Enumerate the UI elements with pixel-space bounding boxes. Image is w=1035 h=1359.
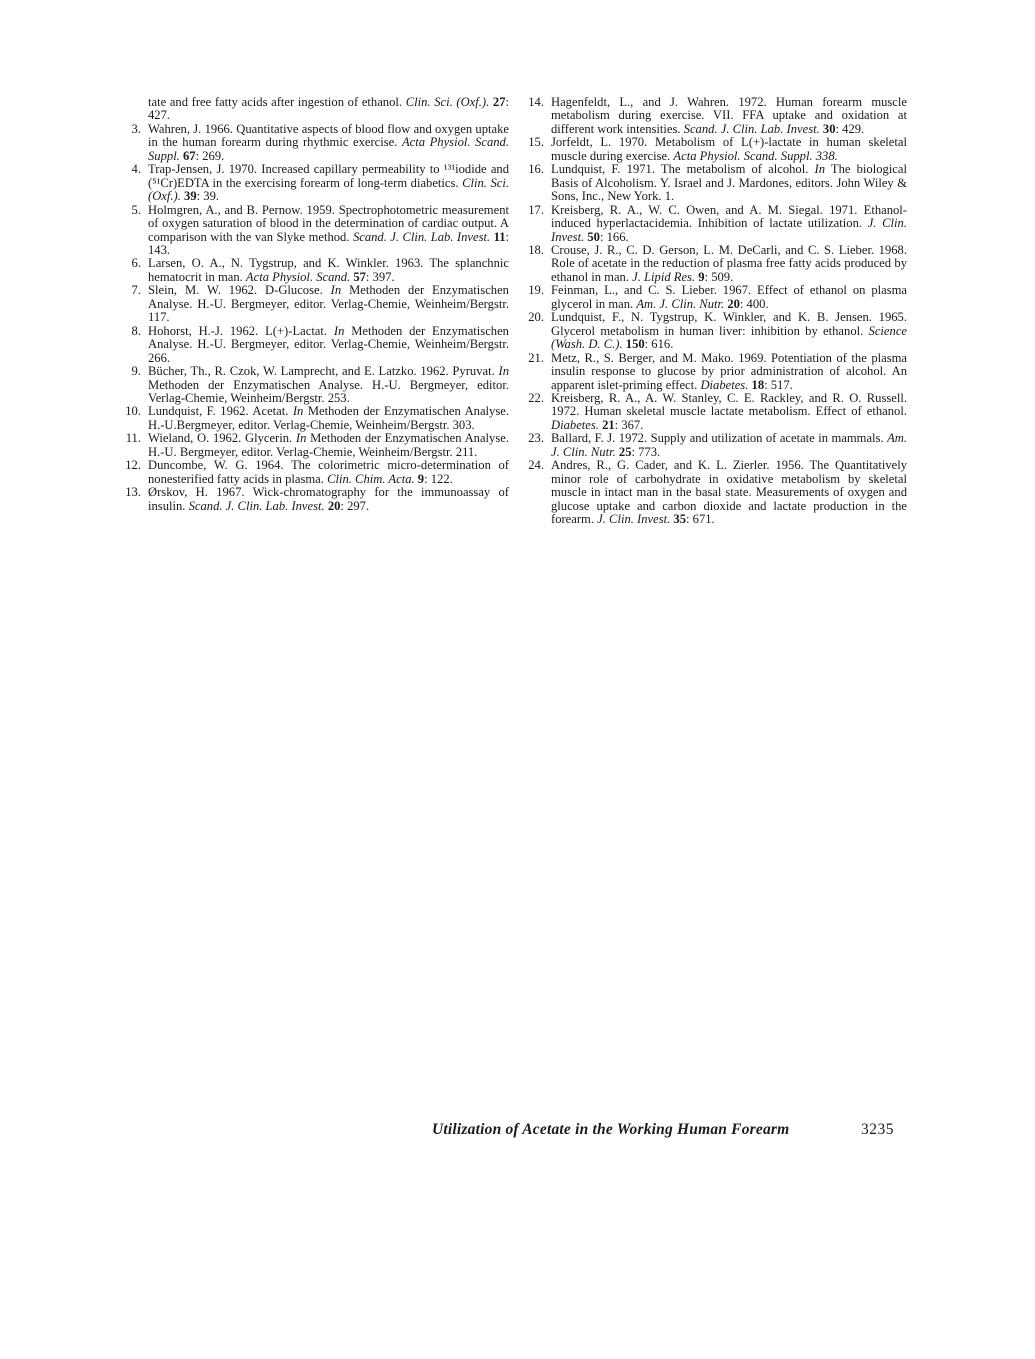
reference-text: : 773.: [631, 445, 660, 459]
reference-journal: In: [815, 162, 826, 176]
references-column-right: 14.Hagenfeldt, L., and J. Wahren. 1972. …: [527, 96, 907, 527]
reference-volume: 50: [587, 230, 600, 244]
reference-entry: 16.Lundquist, F. 1971. The metabolism of…: [527, 163, 907, 203]
reference-journal: J. Lipid Res.: [632, 270, 695, 284]
reference-text: Bücher, Th., R. Czok, W. Lamprecht, and …: [148, 364, 499, 378]
reference-text: Wieland, O. 1962. Glycerin.: [148, 431, 296, 445]
reference-journal: J. Clin. Invest.: [597, 512, 670, 526]
reference-number: 12.: [124, 459, 141, 472]
reference-journal: Scand. J. Clin. Lab. Invest.: [353, 230, 490, 244]
reference-volume: 25: [619, 445, 632, 459]
reference-journal: Acta Physiol. Scand.: [246, 270, 350, 284]
reference-entry: 7.Slein, M. W. 1962. D-Glucose. In Metho…: [124, 284, 509, 324]
reference-text: : 400.: [740, 297, 769, 311]
reference-text: : 367.: [615, 418, 644, 432]
reference-journal: Clin. Chim. Acta.: [327, 472, 415, 486]
reference-entry: 20.Lundquist, F., N. Tygstrup, K. Winkle…: [527, 311, 907, 351]
reference-text: : 397.: [366, 270, 395, 284]
reference-volume: 57: [353, 270, 366, 284]
reference-text: Trap-Jensen, J. 1970. Increased capillar…: [148, 162, 509, 189]
reference-journal: In: [296, 431, 307, 445]
reference-text: : 616.: [645, 337, 674, 351]
reference-number: 8.: [124, 325, 141, 338]
reference-journal: Diabetes.: [700, 378, 748, 392]
reference-text: Kreisberg, R. A., W. C. Owen, and A. M. …: [551, 203, 907, 230]
page-footer: Utilization of Acetate in the Working Hu…: [432, 1121, 894, 1139]
reference-entry: 21.Metz, R., S. Berger, and M. Mako. 196…: [527, 352, 907, 392]
reference-text: Ballard, F. J. 1972. Supply and utilizat…: [551, 431, 887, 445]
reference-journal: In: [499, 364, 510, 378]
reference-entry: 12.Duncombe, W. G. 1964. The colorimetri…: [124, 459, 509, 486]
reference-text: Kreisberg, R. A., A. W. Stanley, C. E. R…: [551, 391, 907, 418]
reference-entry: 3.Wahren, J. 1966. Quantitative aspects …: [124, 123, 509, 163]
reference-number: 6.: [124, 257, 141, 270]
reference-entry: 4.Trap-Jensen, J. 1970. Increased capill…: [124, 163, 509, 203]
reference-number: 17.: [527, 204, 544, 217]
reference-volume: 18: [752, 378, 765, 392]
reference-number: 3.: [124, 123, 141, 136]
reference-number: 14.: [527, 96, 544, 109]
reference-text: : 509.: [705, 270, 734, 284]
reference-entry: 5.Holmgren, A., and B. Pernow. 1959. Spe…: [124, 204, 509, 258]
reference-journal: In: [334, 324, 345, 338]
reference-entry: 9.Bücher, Th., R. Czok, W. Lamprecht, an…: [124, 365, 509, 405]
reference-text: : 517.: [764, 378, 793, 392]
reference-journal: Acta Physiol. Scand. Suppl. 338.: [673, 149, 837, 163]
reference-text: : 166.: [600, 230, 629, 244]
reference-volume: 11: [494, 230, 506, 244]
reference-entry: 14.Hagenfeldt, L., and J. Wahren. 1972. …: [527, 96, 907, 136]
reference-number: 16.: [527, 163, 544, 176]
reference-text: : 39.: [197, 189, 219, 203]
reference-number: 5.: [124, 204, 141, 217]
reference-volume: 39: [184, 189, 197, 203]
reference-text: tate and free fatty acids after ingestio…: [148, 95, 406, 109]
reference-text: : 269.: [196, 149, 225, 163]
reference-entry: 11.Wieland, O. 1962. Glycerin. In Method…: [124, 432, 509, 459]
reference-entry: 13.Ørskov, H. 1967. Wick-chromatography …: [124, 486, 509, 513]
reference-entry: 19.Feinman, L., and C. S. Lieber. 1967. …: [527, 284, 907, 311]
reference-number: 21.: [527, 352, 544, 365]
reference-text: Lundquist, F. 1971. The metabolism of al…: [551, 162, 815, 176]
reference-text: Slein, M. W. 1962. D-Glucose.: [148, 283, 331, 297]
reference-number: 4.: [124, 163, 141, 176]
reference-number: 19.: [527, 284, 544, 297]
reference-number: 11.: [124, 432, 141, 445]
reference-text: : 671.: [686, 512, 715, 526]
reference-text: : 122.: [424, 472, 453, 486]
reference-entry: 23.Ballard, F. J. 1972. Supply and utili…: [527, 432, 907, 459]
reference-number: 9.: [124, 365, 141, 378]
reference-number: 24.: [527, 459, 544, 472]
reference-journal: Scand. J. Clin. Lab. Invest.: [684, 122, 820, 136]
reference-volume: 20: [328, 499, 341, 513]
reference-journal: Scand. J. Clin. Lab. Invest.: [189, 499, 325, 513]
reference-number: 20.: [527, 311, 544, 324]
reference-entry: 24.Andres, R., G. Cader, and K. L. Zierl…: [527, 459, 907, 526]
reference-text: Lundquist, F. 1962. Acetat.: [148, 404, 293, 418]
reference-entry: 10.Lundquist, F. 1962. Acetat. In Method…: [124, 405, 509, 432]
reference-number: 15.: [527, 136, 544, 149]
reference-volume: 150: [626, 337, 645, 351]
references-column-left: tate and free fatty acids after ingestio…: [124, 96, 509, 513]
reference-text: : 429.: [836, 122, 865, 136]
reference-number: 18.: [527, 244, 544, 257]
reference-entry: 15.Jorfeldt, L. 1970. Metabolism of L(+)…: [527, 136, 907, 163]
reference-number: 10.: [124, 405, 141, 418]
reference-text: : 297.: [340, 499, 369, 513]
reference-text: Hohorst, H.-J. 1962. L(+)-Lactat.: [148, 324, 334, 338]
reference-text: Methoden der Enzymatischen Analyse. H.-U…: [148, 378, 509, 405]
page-number: 3235: [861, 1121, 894, 1139]
reference-number: 7.: [124, 284, 141, 297]
reference-volume: 27: [493, 95, 506, 109]
reference-entry: tate and free fatty acids after ingestio…: [124, 96, 509, 123]
reference-journal: Clin. Sci. (Oxf.).: [406, 95, 490, 109]
reference-volume: 67: [183, 149, 196, 163]
reference-entry: 22.Kreisberg, R. A., A. W. Stanley, C. E…: [527, 392, 907, 432]
reference-number: 23.: [527, 432, 544, 445]
reference-entry: 18.Crouse, J. R., C. D. Gerson, L. M. De…: [527, 244, 907, 284]
reference-entry: 8.Hohorst, H.-J. 1962. L(+)-Lactat. In M…: [124, 325, 509, 365]
reference-volume: 21: [602, 418, 615, 432]
running-title: Utilization of Acetate in the Working Hu…: [432, 1121, 789, 1138]
reference-journal: In: [293, 404, 304, 418]
reference-number: 22.: [527, 392, 544, 405]
reference-volume: 35: [673, 512, 686, 526]
reference-number: 13.: [124, 486, 141, 499]
reference-entry: 17.Kreisberg, R. A., W. C. Owen, and A. …: [527, 204, 907, 244]
reference-volume: 20: [727, 297, 740, 311]
reference-volume: 30: [823, 122, 836, 136]
reference-journal: Am. J. Clin. Nutr.: [636, 297, 724, 311]
reference-journal: In: [331, 283, 342, 297]
reference-entry: 6.Larsen, O. A., N. Tygstrup, and K. Win…: [124, 257, 509, 284]
reference-journal: Diabetes.: [551, 418, 599, 432]
reference-text: Lundquist, F., N. Tygstrup, K. Winkler, …: [551, 310, 907, 337]
